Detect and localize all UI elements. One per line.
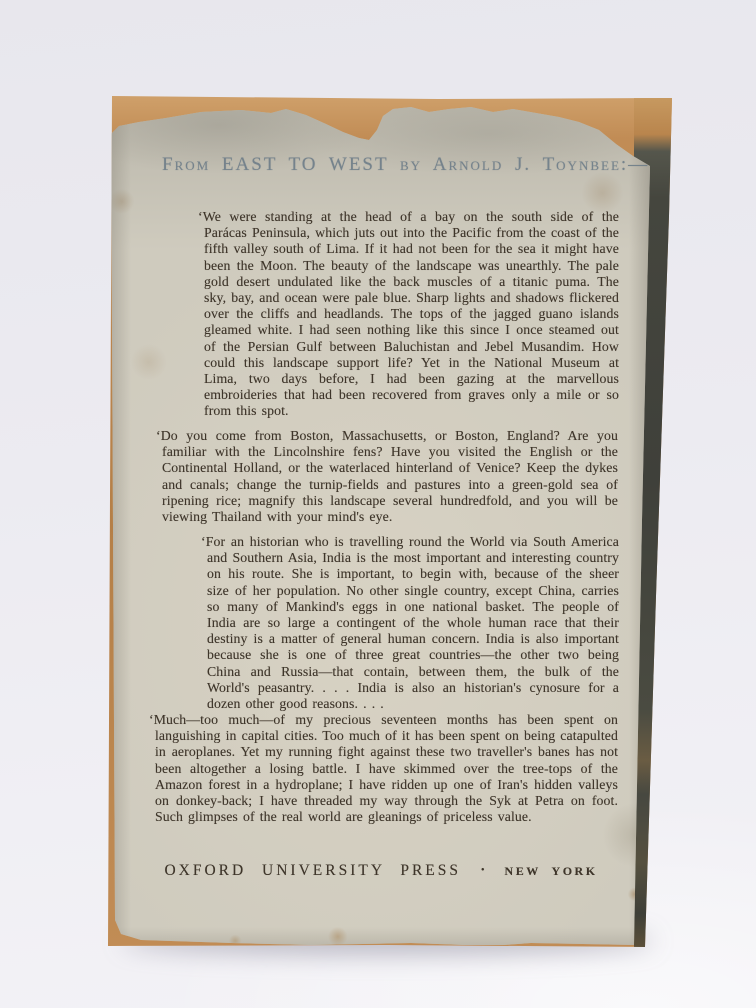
- jacket-heading: From EAST TO WEST by Arnold J. Toynbee:—: [162, 154, 622, 176]
- photo-backdrop: From EAST TO WEST by Arnold J. Toynbee:—…: [0, 0, 756, 1008]
- publisher-name: OXFORD UNIVERSITY PRESS: [164, 862, 461, 879]
- publisher-city: NEW YORK: [505, 864, 598, 878]
- quote-paragraph-3: ‘For an historian who is travelling roun…: [207, 534, 619, 712]
- quote-paragraph-2: ‘Do you come from Boston, Massachusetts,…: [162, 428, 618, 525]
- quote-paragraph-1: ‘We were standing at the head of a bay o…: [204, 209, 619, 420]
- publisher-line: OXFORD UNIVERSITY PRESS•NEW YORK: [111, 862, 651, 880]
- dust-jacket: From EAST TO WEST by Arnold J. Toynbee:—…: [111, 100, 651, 945]
- publisher-separator-dot: •: [481, 865, 485, 876]
- book: From EAST TO WEST by Arnold J. Toynbee:—…: [108, 96, 672, 948]
- quote-paragraph-4: ‘Much—too much—of my precious seventeen …: [155, 712, 618, 825]
